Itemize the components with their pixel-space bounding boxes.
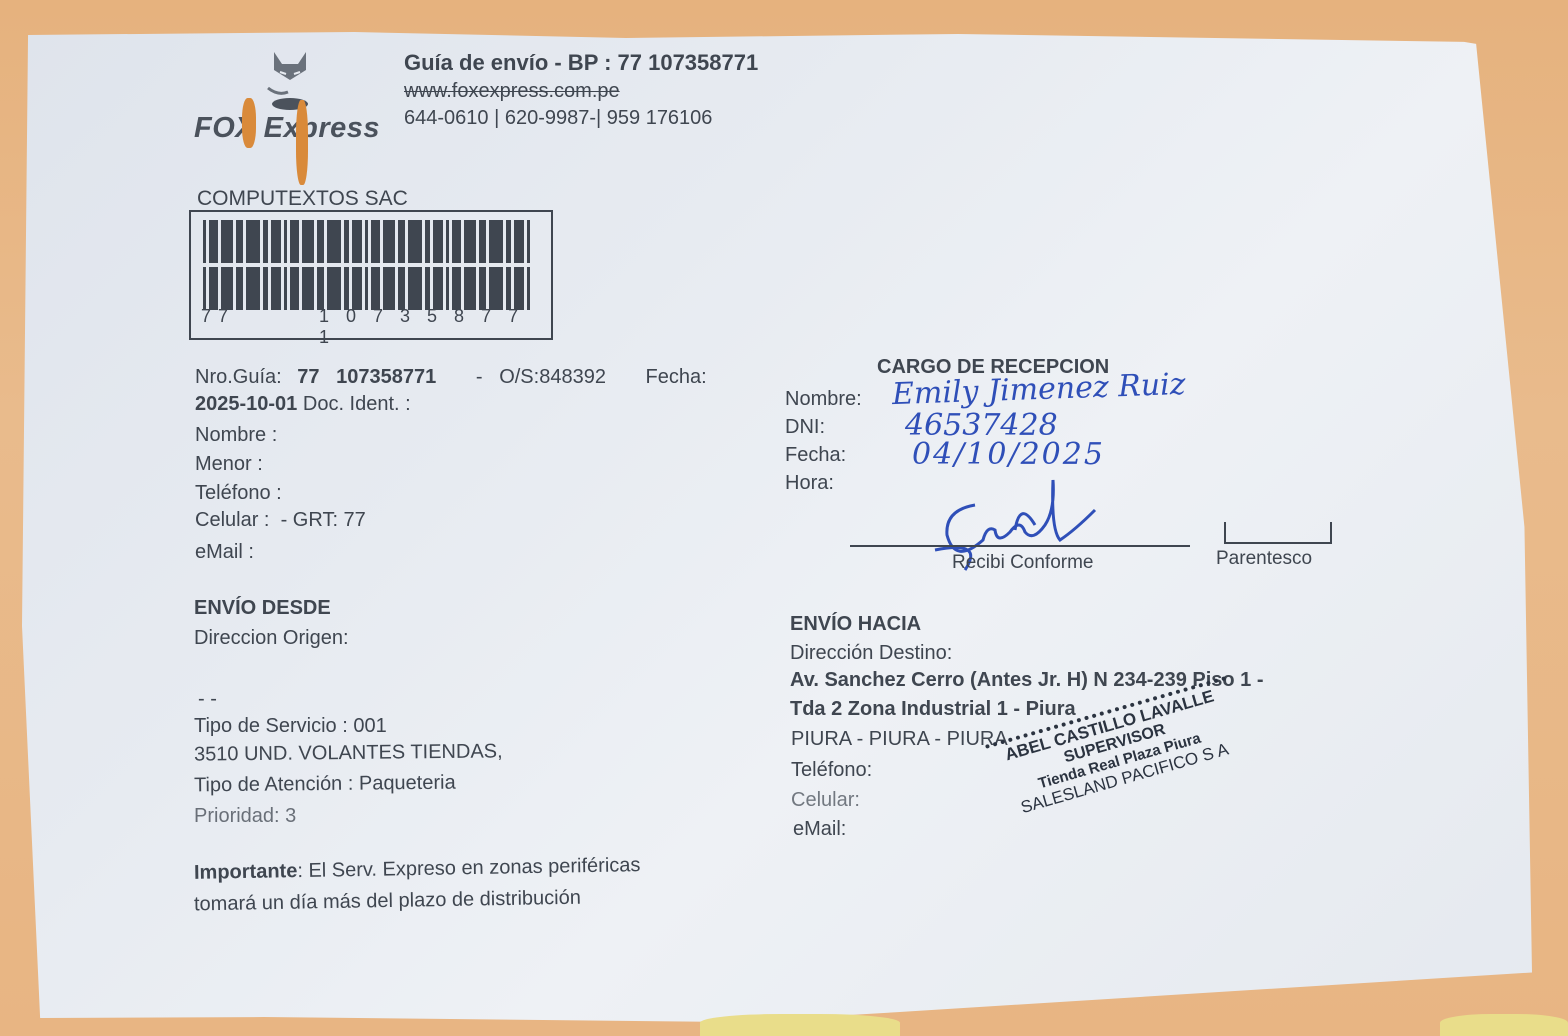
- cargo-hora-label: Hora:: [785, 472, 834, 495]
- parentesco-label: Parentesco: [1216, 548, 1312, 570]
- guide-number-value: 77 107358771: [297, 366, 436, 388]
- signature-line: [850, 545, 1190, 547]
- telefono-destino-label: Teléfono:: [791, 759, 872, 782]
- tipo-servicio: Tipo de Servicio : 001: [194, 715, 387, 738]
- region: PIURA - PIURA - PIURA: [791, 728, 1008, 751]
- date-label: Fecha:: [646, 366, 707, 388]
- product-description: 3510 UND. VOLANTES TIENDAS,: [194, 740, 503, 766]
- website-link[interactable]: www.foxexpress.com.pe: [404, 80, 620, 103]
- brand-logo-text: FOX Express: [194, 112, 380, 145]
- parentesco-box: [1224, 522, 1332, 544]
- direccion-origen-value: - -: [198, 688, 217, 711]
- date-value: 2025-10-01: [195, 393, 297, 415]
- cargo-nombre-label: Nombre:: [785, 388, 862, 411]
- tear-mark: [296, 100, 308, 185]
- tipo-atencion: Tipo de Atención : Paqueteria: [194, 772, 456, 798]
- order-service: - O/S:848392: [476, 366, 606, 388]
- field-celular: Celular : - GRT: 77: [195, 509, 366, 532]
- field-nombre: Nombre :: [195, 424, 277, 447]
- address-line-2: Tda 2 Zona Industrial 1 - Piura: [790, 698, 1076, 721]
- yellow-fabric: [700, 1014, 900, 1036]
- email-destino-label: eMail:: [793, 818, 846, 841]
- envio-desde-title: ENVÍO DESDE: [194, 597, 331, 620]
- direccion-origen-label: Direccion Origen:: [194, 627, 349, 650]
- prioridad: Prioridad: 3: [194, 805, 296, 828]
- field-telefono: Teléfono :: [195, 482, 282, 505]
- cargo-dni-label: DNI:: [785, 416, 825, 439]
- guide-title: Guía de envío - BP : 77 107358771: [404, 50, 758, 76]
- signature-label: Recibi Conforme: [952, 552, 1094, 574]
- fox-logo-icon: [260, 48, 320, 118]
- barcode: 7 7 1 0 7 3 5 8 7 7 1: [189, 210, 553, 340]
- guide-number-label: Nro.Guía:: [195, 366, 282, 388]
- barcode-number: 1 0 7 3 5 8 7 7 1: [319, 306, 551, 348]
- guide-number-row: Nro.Guía: 77 107358771 - O/S:848392 Fech…: [195, 366, 707, 389]
- sender-company: COMPUTEXTOS SAC: [197, 187, 408, 211]
- importante-text: : El Serv. Expreso en zonas periféricas: [297, 854, 640, 882]
- field-email: eMail :: [195, 541, 254, 564]
- handwritten-date: 04/10/2025: [912, 437, 1105, 472]
- barcode-bars: [203, 220, 539, 310]
- envio-hacia-title: ENVÍO HACIA: [790, 613, 921, 636]
- date-row: 2025-10-01 Doc. Ident. :: [195, 393, 411, 416]
- field-menor: Menor :: [195, 453, 263, 476]
- doc-ident-label: Doc. Ident. :: [303, 393, 411, 415]
- yellow-fabric: [1440, 1014, 1568, 1036]
- direccion-destino-label: Dirección Destino:: [790, 642, 952, 665]
- cargo-fecha-label: Fecha:: [785, 444, 846, 467]
- importante-label: Importante: [194, 860, 298, 884]
- barcode-prefix: 7 7: [201, 306, 229, 327]
- tear-mark: [242, 98, 256, 148]
- celular-destino-label: Celular:: [791, 789, 860, 812]
- phone-numbers: 644-0610 | 620-9987-| 959 176106: [404, 107, 712, 130]
